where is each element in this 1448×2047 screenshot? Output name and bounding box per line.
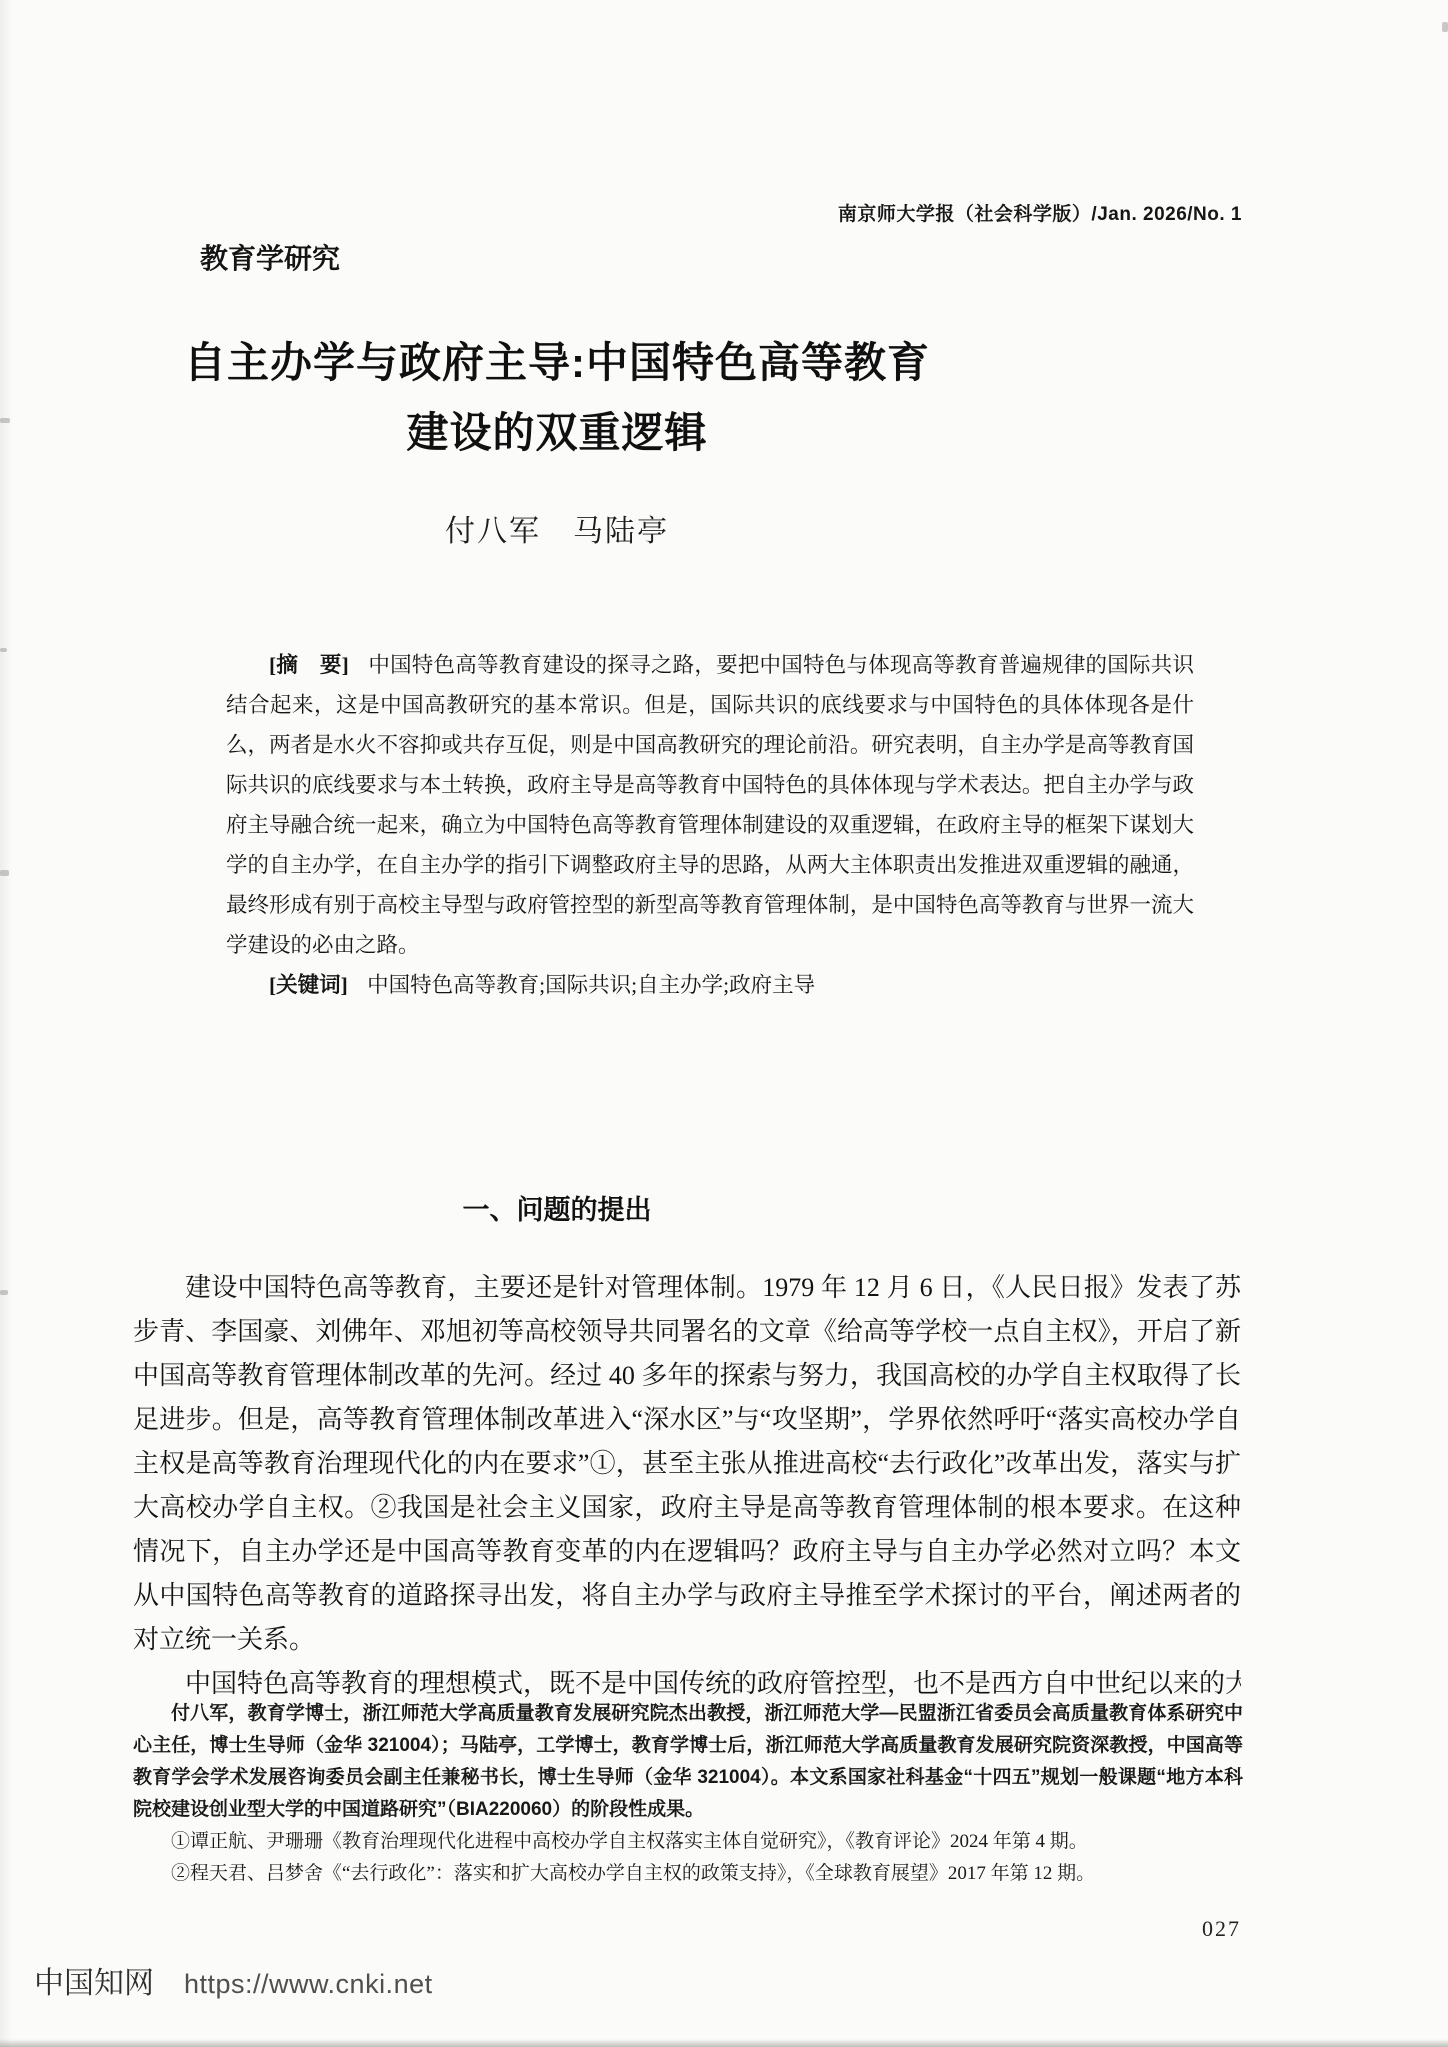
scanned-paper-page: 南京师大学报（社会科学版）/Jan. 2026/No. 1 教育学研究 自主办学… — [0, 0, 1448, 2047]
abstract-paragraph: [摘 要]中国特色高等教育建设的探寻之路，要把中国特色与体现高等教育普遍规律的国… — [226, 645, 1194, 965]
footnote-block: 付八军，教育学博士，浙江师范大学高质量教育发展研究院杰出教授，浙江师范大学—民盟… — [133, 1698, 1243, 1890]
body-paragraph-1: 建设中国特色高等教育，主要还是针对管理体制。1979 年 12 月 6 日，《人… — [133, 1266, 1241, 1662]
abstract-label: [摘 要] — [269, 653, 349, 677]
scan-artifact — [0, 648, 7, 652]
body-text: 建设中国特色高等教育，主要还是针对管理体制。1979 年 12 月 6 日，《人… — [133, 1266, 1241, 1706]
scan-artifact — [0, 870, 9, 876]
keywords-text: 中国特色高等教育;国际共识;自主办学;政府主导 — [367, 973, 815, 997]
section-heading: 一、问题的提出 — [0, 1188, 1114, 1227]
cnki-watermark: 中国知网 https://www.cnki.net — [34, 1958, 433, 2002]
column-label: 教育学研究 — [200, 237, 340, 277]
journal-header: 南京师大学报（社会科学版）/Jan. 2026/No. 1 — [838, 199, 1242, 226]
scan-artifact — [0, 1290, 8, 1295]
scan-artifact — [1442, 22, 1448, 32]
article-title: 自主办学与政府主导:中国特色高等教育 建设的双重逻辑 — [0, 328, 1114, 468]
page-number: 027 — [1202, 1916, 1241, 1942]
scan-bottom-edge-shadow — [0, 2039, 1448, 2047]
keywords-line: [关键词]中国特色高等教育;国际共识;自主办学;政府主导 — [226, 965, 1194, 1005]
abstract-text: 中国特色高等教育建设的探寻之路，要把中国特色与体现高等教育普遍规律的国际共识结合… — [226, 653, 1194, 957]
article-title-line-1: 自主办学与政府主导:中国特色高等教育 — [0, 328, 1114, 398]
article-authors: 付八军 马陆亭 — [0, 506, 1114, 550]
article-title-line-2: 建设的双重逻辑 — [0, 398, 1114, 468]
cnki-url: https://www.cnki.net — [184, 1969, 433, 2000]
cnki-brand-logo: 中国知网 — [34, 1958, 154, 2002]
footnote-1: ①谭正航、尹珊珊《教育治理现代化进程中高校办学自主权落实主体自觉研究》，《教育评… — [133, 1826, 1243, 1858]
scan-left-edge-shadow — [0, 0, 12, 2047]
footnote-2: ②程天君、吕梦舍《“去行政化”：落实和扩大高校办学自主权的政策支持》，《全球教育… — [133, 1858, 1243, 1890]
footnote-author-bio: 付八军，教育学博士，浙江师范大学高质量教育发展研究院杰出教授，浙江师范大学—民盟… — [133, 1698, 1243, 1826]
keywords-label: [关键词] — [269, 973, 348, 997]
abstract-block: [摘 要]中国特色高等教育建设的探寻之路，要把中国特色与体现高等教育普遍规律的国… — [226, 645, 1194, 1005]
